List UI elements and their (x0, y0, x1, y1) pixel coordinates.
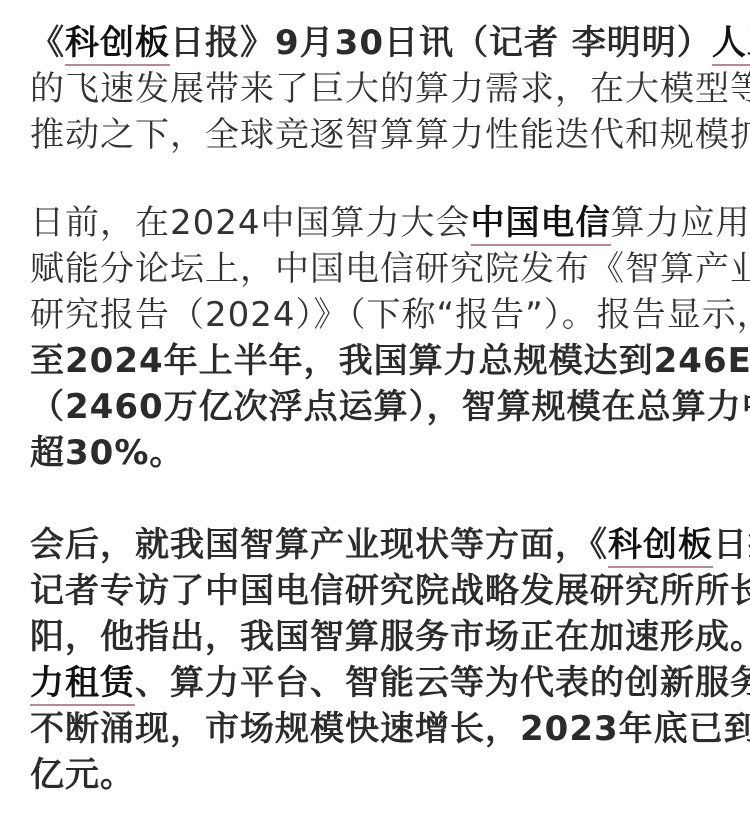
text-line: 亿元。 (30, 752, 135, 798)
text-line: 阳，他指出，我国智算服务市场正在加速形成。以算 (30, 614, 750, 660)
body-text: 赋能分论坛上，中国电信研究院发布《智算产业发展 (30, 249, 750, 289)
text-line: 赋能分论坛上，中国电信研究院发布《智算产业发展 (30, 246, 750, 292)
text-line: 超30%。 (30, 430, 184, 476)
text-line: 日前，在2024中国算力大会中国电信算力应用及产业 (30, 200, 750, 246)
bold-text: 会后，就我国智算产业现状等方面，《 (30, 525, 608, 565)
bold-text: 记者专访了中国电信研究院战略发展研究所所长饶少 (30, 571, 750, 611)
text-line: 力租赁、算力平台、智能云等为代表的创新服务模式 (30, 660, 750, 706)
keyword-link[interactable]: 人工智能 (712, 23, 750, 66)
body-text: 推动之下，全球竞逐智算算力性能迭代和规模扩张。 (30, 115, 750, 155)
text-line: （2460万亿次浮点运算），智算规模在总算力中占比 (30, 384, 750, 430)
keyword-link[interactable]: 科创板 (65, 23, 170, 66)
text-line: 会后，就我国智算产业现状等方面，《科创板日报》 (30, 522, 750, 568)
bold-text: 、算力平台、智能云等为代表的创新服务模式 (135, 663, 750, 703)
body-text: 研究报告（2024）》（下称“报告”）。报告显示， (30, 295, 750, 335)
keyword-link[interactable]: 中国电信 (471, 203, 611, 246)
bold-text: 不断涌现，市场规模快速增长，2023年底已到达194 (30, 709, 750, 749)
body-text: 算力应用及产业 (611, 203, 750, 243)
body-text: 的飞速发展带来了巨大的算力需求，在大模型等因素 (30, 69, 750, 109)
bold-text: （2460万亿次浮点运算），智算规模在总算力中占比 (30, 387, 750, 427)
bold-text: 亿元。 (30, 755, 135, 795)
bold-text: 阳，他指出，我国智算服务市场正在加速形成。以 (30, 617, 750, 657)
keyword-link[interactable]: 力租赁 (30, 663, 135, 706)
text-line: 《科创板日报》9月30日讯（记者 李明明）人工智能 (30, 20, 750, 66)
text-line: 至2024年上半年，我国算力总规模达到246EFLOPS (30, 338, 750, 384)
text-line: 推动之下，全球竞逐智算算力性能迭代和规模扩张。 (30, 112, 750, 158)
text-line: 的飞速发展带来了巨大的算力需求，在大模型等因素 (30, 66, 750, 112)
text-line: 记者专访了中国电信研究院战略发展研究所所长饶少 (30, 568, 750, 614)
bold-text: 日报》9月30日讯（记者 李明明） (170, 23, 712, 63)
keyword-link[interactable]: 科创板 (608, 525, 713, 568)
bold-text: 至2024年上半年，我国算力总规模达到246EFLOPS (30, 341, 750, 381)
text-line: 不断涌现，市场规模快速增长，2023年底已到达194 (30, 706, 750, 752)
bold-text: 日报》 (713, 525, 750, 565)
body-text: 日前，在2024中国算力大会 (30, 203, 471, 243)
bold-text: 超30%。 (30, 433, 184, 473)
bold-text: 《 (30, 23, 65, 63)
text-line: 研究报告（2024）》（下称“报告”）。报告显示，截 (30, 292, 750, 338)
